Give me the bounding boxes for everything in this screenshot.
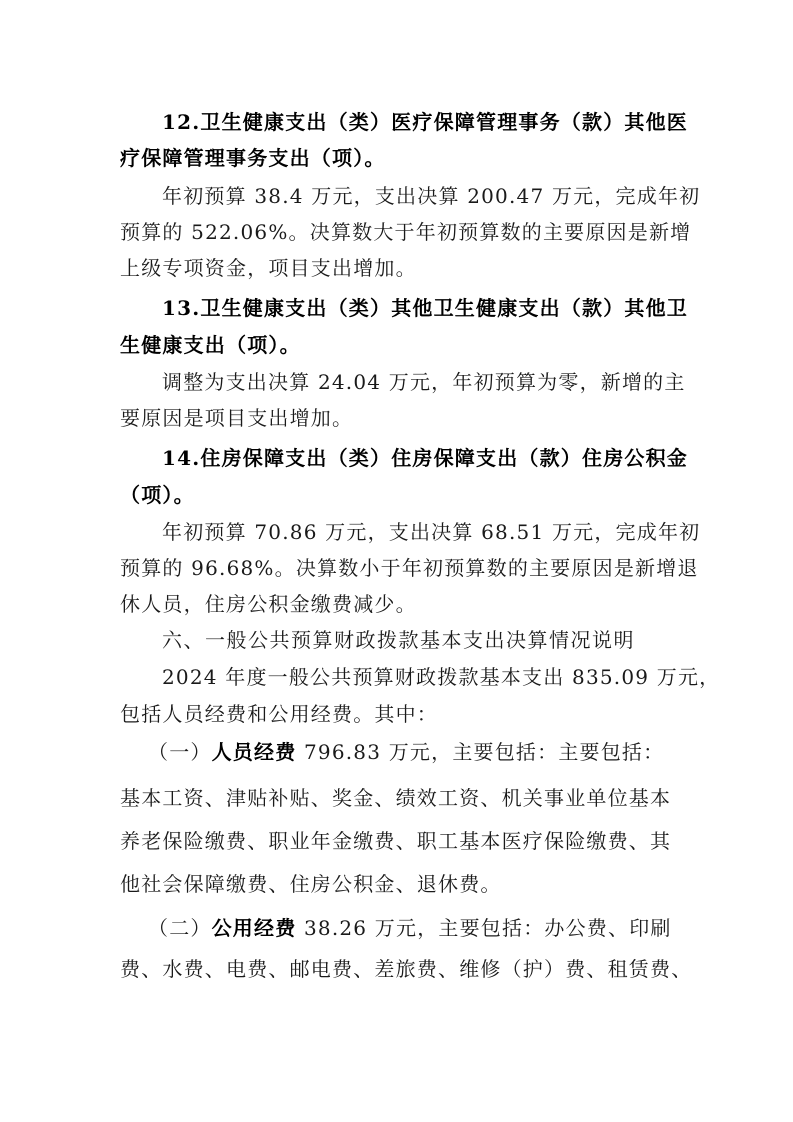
section-six-intro-line-2: 包括人员经费和公用经费。其中： (120, 702, 680, 726)
item-13-title-line-2: 生健康支出（项）。 (120, 333, 680, 357)
personnel-line-3: 他社会保障缴费、住房公积金、退休费。 (120, 872, 680, 896)
document-page: 12.卫生健康支出（类）医疗保障管理事务（款）其他医 疗保障管理事务支出（项）。… (0, 0, 793, 1122)
item-14-title-line-1: 14.住房保障支出（类）住房保障支出（款）住房公积金 (162, 446, 722, 470)
section-six-intro-line-1: 2024 年度一般公共预算财政拨款基本支出 835.09 万元， (162, 665, 722, 689)
personnel-line-1: 基本工资、津贴补贴、奖金、绩效工资、机关事业单位基本 (120, 786, 680, 810)
public-expenses-lead: （二）公用经费 38.26 万元，主要包括：办公费、印刷 (148, 916, 708, 940)
item-14-body-line-1: 年初预算 70.86 万元，支出决算 68.51 万元，完成年初 (162, 520, 722, 544)
item-13-body-line-1: 调整为支出决算 24.04 万元，年初预算为零，新增的主 (162, 370, 722, 394)
personnel-expenses-lead: （一）人员经费 796.83 万元，主要包括：主要包括： (148, 740, 708, 764)
personnel-line-2: 养老保险缴费、职业年金缴费、职工基本医疗保险缴费、其 (120, 829, 680, 853)
public-label: 公用经费 (212, 916, 297, 940)
item-13-title-line-1: 13.卫生健康支出（类）其他卫生健康支出（款）其他卫 (162, 296, 722, 320)
item-14-title-line-2: （项）。 (120, 483, 680, 507)
item-12-body-line-1: 年初预算 38.4 万元，支出决算 200.47 万元，完成年初 (162, 184, 722, 208)
item-12-body-line-3: 上级专项资金，项目支出增加。 (120, 256, 680, 280)
item-12-title-line-1: 12.卫生健康支出（类）医疗保障管理事务（款）其他医 (162, 110, 722, 134)
item-14-body-line-3: 休人员，住房公积金缴费减少。 (120, 592, 680, 616)
personnel-prefix: （一） (148, 740, 212, 764)
personnel-rest: 796.83 万元，主要包括：主要包括： (296, 740, 664, 764)
public-prefix: （二） (148, 916, 212, 940)
public-line-1: 费、水费、电费、邮电费、差旅费、维修（护）费、租赁费、 (120, 957, 680, 981)
public-rest: 38.26 万元，主要包括：办公费、印刷 (296, 916, 671, 940)
item-12-body-line-2: 预算的 522.06%。决算数大于年初预算数的主要原因是新增 (120, 220, 680, 244)
item-13-body-line-2: 要原因是项目支出增加。 (120, 406, 680, 430)
item-12-title-line-2: 疗保障管理事务支出（项）。 (120, 146, 680, 170)
section-six-heading: 六、一般公共预算财政拨款基本支出决算情况说明 (162, 628, 722, 652)
item-14-body-line-2: 预算的 96.68%。决算数小于年初预算数的主要原因是新增退 (120, 556, 680, 580)
personnel-label: 人员经费 (212, 740, 297, 764)
